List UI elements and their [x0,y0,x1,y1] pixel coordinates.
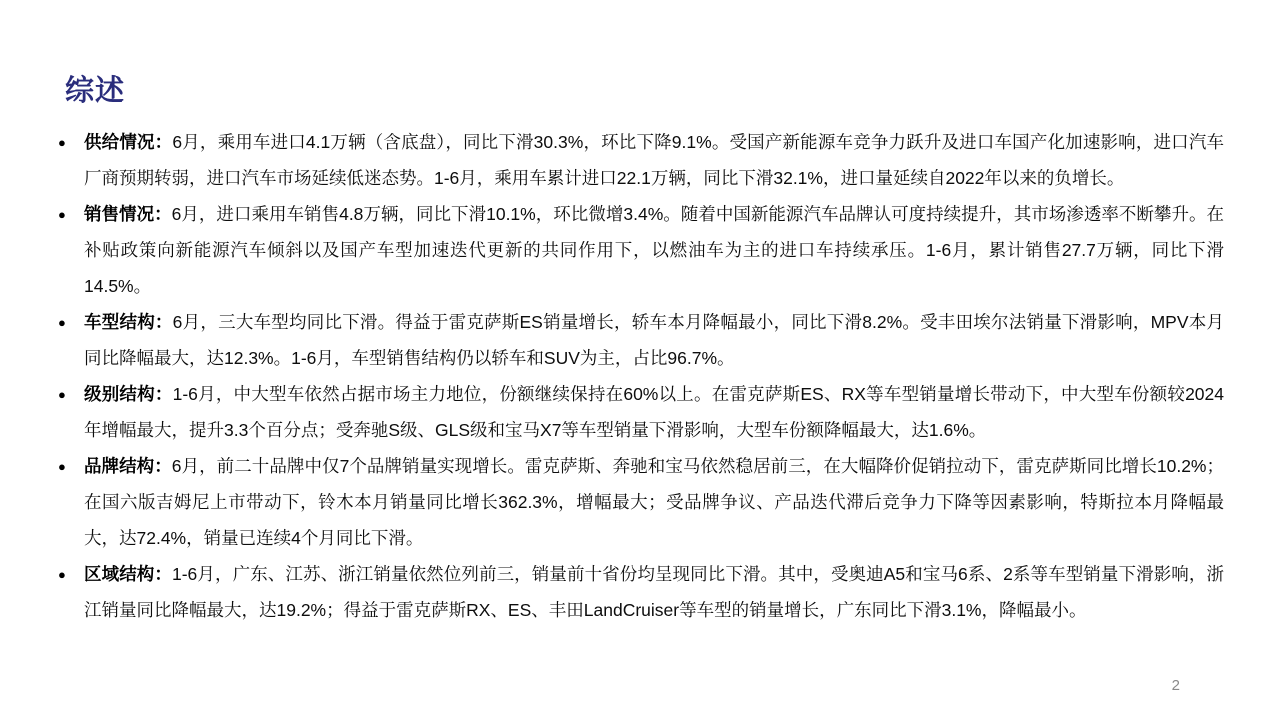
bullet-label: 供给情况： [84,132,172,152]
bullet-item-class-structure: ● 级别结构：1-6月，中大型车依然占据市场主力地位，份额继续保持在60%以上。… [58,376,1224,448]
paragraph: 区域结构：1-6月，广东、江苏、浙江销量依然位列前三，销量前十省份均呈现同比下滑… [84,556,1224,628]
bullet-text: 1-6月，中大型车依然占据市场主力地位，份额继续保持在60%以上。在雷克萨斯ES… [84,384,1224,440]
bullet-label: 车型结构： [84,312,173,332]
bullet-text: 6月，乘用车进口4.1万辆（含底盘），同比下滑30.3%，环比下降9.1%。受国… [84,132,1224,188]
paragraph: 供给情况：6月，乘用车进口4.1万辆（含底盘），同比下滑30.3%，环比下降9.… [84,124,1224,196]
bullet-item-brand-structure: ● 品牌结构：6月，前二十品牌中仅7个品牌销量实现增长。雷克萨斯、奔驰和宝马依然… [58,448,1224,556]
bullet-label: 区域结构： [84,564,172,584]
bullet-text: 6月，进口乘用车销售4.8万辆，同比下滑10.1%，环比微增3.4%。随着中国新… [84,204,1224,296]
bullet-list: ● 供给情况：6月，乘用车进口4.1万辆（含底盘），同比下滑30.3%，环比下降… [58,124,1224,628]
bullet-icon: ● [58,196,84,233]
slide: 综述 ● 供给情况：6月，乘用车进口4.1万辆（含底盘），同比下滑30.3%，环… [0,0,1280,720]
paragraph: 品牌结构：6月，前二十品牌中仅7个品牌销量实现增长。雷克萨斯、奔驰和宝马依然稳居… [84,448,1224,556]
bullet-icon: ● [58,304,84,341]
bullet-item-sales: ● 销售情况：6月，进口乘用车销售4.8万辆，同比下滑10.1%，环比微增3.4… [58,196,1224,304]
bullet-icon: ● [58,448,84,485]
bullet-icon: ● [58,124,84,161]
bullet-label: 销售情况： [84,204,172,224]
paragraph: 车型结构：6月，三大车型均同比下滑。得益于雷克萨斯ES销量增长，轿车本月降幅最小… [84,304,1224,376]
bullet-icon: ● [58,376,84,413]
bullet-item-model-structure: ● 车型结构：6月，三大车型均同比下滑。得益于雷克萨斯ES销量增长，轿车本月降幅… [58,304,1224,376]
bullet-text: 6月，三大车型均同比下滑。得益于雷克萨斯ES销量增长，轿车本月降幅最小，同比下滑… [84,312,1224,368]
bullet-icon: ● [58,556,84,593]
bullet-item-supply: ● 供给情况：6月，乘用车进口4.1万辆（含底盘），同比下滑30.3%，环比下降… [58,124,1224,196]
paragraph: 销售情况：6月，进口乘用车销售4.8万辆，同比下滑10.1%，环比微增3.4%。… [84,196,1224,304]
bullet-label: 级别结构： [84,384,173,404]
bullet-item-region-structure: ● 区域结构：1-6月，广东、江苏、浙江销量依然位列前三，销量前十省份均呈现同比… [58,556,1224,628]
page-number: 2 [1172,677,1180,694]
paragraph: 级别结构：1-6月，中大型车依然占据市场主力地位，份额继续保持在60%以上。在雷… [84,376,1224,448]
bullet-text: 1-6月，广东、江苏、浙江销量依然位列前三，销量前十省份均呈现同比下滑。其中，受… [84,564,1224,620]
bullet-label: 品牌结构： [84,456,172,476]
bullet-text: 6月，前二十品牌中仅7个品牌销量实现增长。雷克萨斯、奔驰和宝马依然稳居前三，在大… [84,456,1224,548]
page-title: 综述 [65,68,125,109]
